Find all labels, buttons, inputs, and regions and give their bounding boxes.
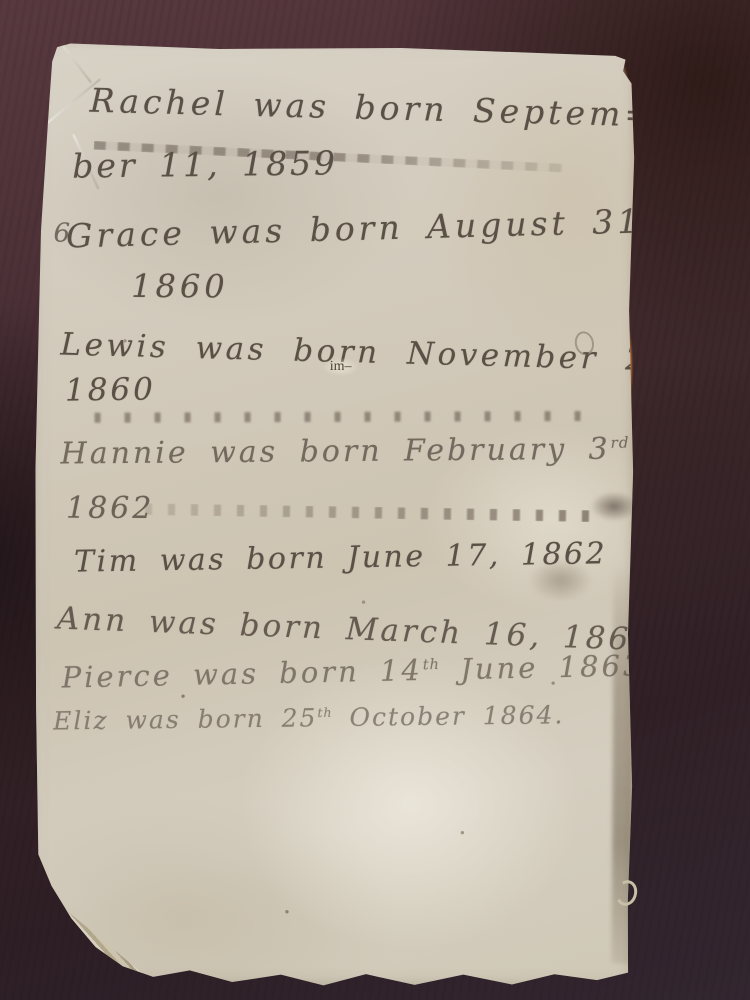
birth-record-line: ber 11, 1859 [72, 143, 338, 185]
book-inside-cover-page: 6 Rachel was born Septem= ber 11, 1859 G… [32, 40, 645, 995]
ink-blot [590, 491, 638, 521]
birth-record-line: Tim was born June 17, 1862 [74, 536, 608, 579]
birth-record-line: Eliz was born 25th October 1864. [53, 700, 565, 735]
birth-record-line: Pierce was born 14th June 1863 [61, 648, 644, 694]
birth-record-line: 1860 [131, 267, 229, 306]
birth-record-line: 1860 [65, 371, 156, 408]
birth-record-line: Grace was born August 31st [66, 201, 660, 256]
birth-record-line: Rachel was born Septem= [89, 81, 656, 135]
ink-smudge-row [129, 503, 599, 522]
printed-text-fragment: im– [323, 358, 359, 376]
ink-smudge-row [95, 411, 605, 423]
birth-record-line: Hannie was born February 3rd [60, 432, 629, 472]
birth-record-line: 1862 [66, 491, 155, 526]
